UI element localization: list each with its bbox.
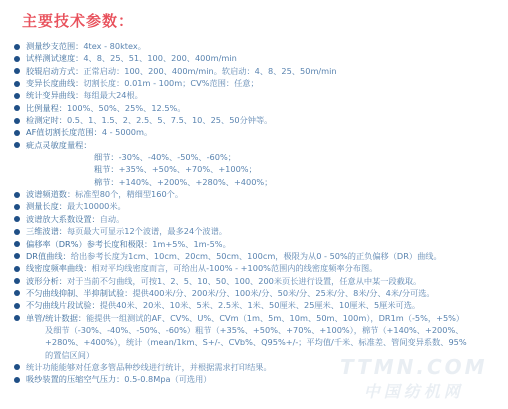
watermark: TTMN.COM 中国纺机网 bbox=[340, 355, 488, 402]
spec-continuation: +280%、+400%），统计（mean/1km、S+/-、CVb%、Q95%+… bbox=[12, 336, 502, 348]
spec-label: 不匀曲线片段试验： bbox=[26, 300, 100, 310]
spec-value: 4 - 5000m。 bbox=[102, 127, 152, 137]
spec-item: DR值曲线：给出参考长度为1cm、10cm、20cm、50cm、100cm，极限… bbox=[12, 250, 502, 262]
spec-subitem: 粗节：+35%、+50%、+70%、+100%； bbox=[12, 163, 502, 175]
bullet-icon bbox=[14, 266, 20, 272]
spec-item: 试样测试速度：4、8、25、51、100、200、400m/min bbox=[12, 52, 502, 64]
bullet-icon bbox=[14, 130, 20, 136]
spec-label: 三维波谱： bbox=[26, 226, 67, 236]
spec-value: 给出参考长度为1cm、10cm、20cm、50cm、100cm，极限为从0 - … bbox=[71, 251, 442, 261]
bullet-icon bbox=[14, 44, 20, 50]
bullet-icon bbox=[14, 377, 20, 383]
bullet-icon bbox=[14, 303, 20, 309]
spec-label: DR值曲线： bbox=[26, 251, 71, 261]
bullet-icon bbox=[14, 118, 20, 124]
spec-list: 测量纱支范围：4tex - 80ktex。试样测试速度：4、8、25、51、10… bbox=[12, 40, 502, 386]
spec-label: 粗节： bbox=[94, 164, 119, 174]
spec-label: 不匀曲线抑制、半抑制试验： bbox=[26, 288, 132, 298]
spec-item: 偏移率（DR%）参考长度和极限：1m+5%、1m-5%。 bbox=[12, 238, 502, 250]
spec-value: 切割长度：0.01m - 100m；CV%范围：任意； bbox=[83, 78, 258, 88]
bullet-icon bbox=[14, 68, 20, 74]
spec-label: 胶辊启动方式： bbox=[26, 66, 83, 76]
spec-label: 细节： bbox=[94, 152, 119, 162]
spec-value: 0.5、1、1.5、2、2.5、5、7.5、10、25、50分钟等。 bbox=[67, 115, 272, 125]
bullet-icon bbox=[14, 216, 20, 222]
spec-value: 正常启动：100、200、400m/min。软启动：4、8、25、50m/min bbox=[83, 66, 336, 76]
spec-label: 单管/统计数据： bbox=[26, 313, 86, 323]
bullet-icon bbox=[14, 56, 20, 62]
spec-value: +140%、+200%、+280%、+400%； bbox=[119, 177, 273, 187]
spec-item: AF值切割长度范围：4 - 5000m。 bbox=[12, 126, 502, 138]
spec-item: 波形分析：对于当前不匀曲线，可按1、2、5、10、50、100、200米页长进行… bbox=[12, 275, 502, 287]
bullet-icon bbox=[14, 93, 20, 99]
spec-label: 偏移率（DR%）参考长度和极限： bbox=[26, 239, 152, 249]
spec-value: +280%、+400%），统计（mean/1km、S+/-、CVb%、Q95%+… bbox=[45, 337, 467, 347]
bullet-icon bbox=[14, 105, 20, 111]
spec-value: 0.5-0.8Mpa（可选用） bbox=[124, 374, 211, 384]
spec-value: 提供400米/分、200米/分、100米/分、50米/分、25米/分、8米/分、… bbox=[132, 288, 434, 298]
spec-label: 试样测试速度： bbox=[26, 53, 83, 63]
spec-value: 每组最大24根。 bbox=[83, 90, 143, 100]
spec-label: 变异长度曲线： bbox=[26, 78, 83, 88]
spec-value: 标准型80个，精细型160个。 bbox=[75, 189, 183, 199]
spec-continuation: 及细节（-30%、-40%、-50%、-60%）粗节（+35%、+50%、+70… bbox=[12, 324, 502, 336]
spec-subitem: 棉节：+140%、+200%、+280%、+400%； bbox=[12, 176, 502, 188]
watermark-line1: TTMN.COM bbox=[340, 355, 488, 379]
spec-item: 线密度频率曲线：相对平均线密度而言，可给出从-100% - +100%范围内的线… bbox=[12, 262, 502, 274]
bullet-icon bbox=[14, 290, 20, 296]
spec-item: 波谱放大系数设置：自动。 bbox=[12, 213, 502, 225]
bullet-icon bbox=[14, 192, 20, 198]
spec-label: 比例量程： bbox=[26, 103, 67, 113]
watermark-line2: 中国纺机网 bbox=[340, 379, 488, 402]
bullet-icon bbox=[14, 142, 20, 148]
spec-value: 能提供一组测试的AF、CV%、U%、CVm（1m、5m、10m、50m、100m… bbox=[86, 313, 464, 323]
spec-value: 及细节（-30%、-40%、-50%、-60%）粗节（+35%、+50%、+70… bbox=[45, 325, 463, 335]
spec-item: 变异长度曲线：切割长度：0.01m - 100m；CV%范围：任意； bbox=[12, 77, 502, 89]
spec-label: 疵点灵敏度量程： bbox=[26, 140, 92, 150]
spec-label: 吸纱装置的压缩空气压力： bbox=[26, 374, 124, 384]
bullet-icon bbox=[14, 241, 20, 247]
bullet-icon bbox=[14, 229, 20, 235]
spec-label: AF值切割长度范围： bbox=[26, 127, 102, 137]
bullet-icon bbox=[14, 204, 20, 210]
spec-label: 棉节： bbox=[94, 177, 119, 187]
spec-item: 比例量程：100%、50%、25%、12.5%。 bbox=[12, 102, 502, 114]
spec-label: 统计变异曲线： bbox=[26, 90, 83, 100]
bullet-icon bbox=[14, 315, 20, 321]
spec-value: 对于当前不匀曲线，可按1、2、5、10、50、100、200米页长进行设置，任意… bbox=[67, 276, 421, 286]
spec-subitem: 细节：-30%、-40%、-50%、-60%； bbox=[12, 151, 502, 163]
spec-label: 波谱频道数： bbox=[26, 189, 75, 199]
spec-label: 检测定时： bbox=[26, 115, 67, 125]
spec-value: 相对平均线密度而言，可给出从-100% - +100%范围内的线密度频率分布图。 bbox=[92, 263, 378, 273]
spec-item: 单管/统计数据：能提供一组测试的AF、CV%、U%、CVm（1m、5m、10m、… bbox=[12, 312, 502, 324]
section-title: 主要技术参数： bbox=[22, 10, 134, 31]
bullet-icon bbox=[14, 364, 20, 370]
spec-label: 线密度频率曲线： bbox=[26, 263, 92, 273]
spec-item: 不匀曲线片段试验：提供40米、20米、10米、5米、2.5米、1米、50厘米、2… bbox=[12, 299, 502, 311]
bullet-icon bbox=[14, 81, 20, 87]
bullet-icon bbox=[14, 278, 20, 284]
spec-item: 胶辊启动方式：正常启动：100、200、400m/min。软启动：4、8、25、… bbox=[12, 65, 502, 77]
spec-label: 测量长度： bbox=[26, 201, 67, 211]
spec-value: 每页最大可显示12个波谱，最多24个波谱。 bbox=[67, 226, 227, 236]
spec-value: 4、8、25、51、100、200、400m/min bbox=[83, 53, 236, 63]
spec-value: 统计功能能够对任意多管品种纱线进行统计，并根据需求打印结果。 bbox=[26, 362, 272, 372]
spec-item: 三维波谱：每页最大可显示12个波谱，最多24个波谱。 bbox=[12, 225, 502, 237]
spec-item: 测量长度：最大10000米。 bbox=[12, 200, 502, 212]
spec-value: 的置信区间） bbox=[45, 350, 94, 360]
spec-item: 测量纱支范围：4tex - 80ktex。 bbox=[12, 40, 502, 52]
spec-value: 提供40米、20米、10米、5米、2.5米、1米、50厘米、25厘米、10厘米、… bbox=[100, 300, 420, 310]
spec-value: 1m+5%、1m-5%。 bbox=[152, 239, 231, 249]
spec-value: 最大10000米。 bbox=[67, 201, 126, 211]
spec-item: 检测定时：0.5、1、1.5、2、2.5、5、7.5、10、25、50分钟等。 bbox=[12, 114, 502, 126]
spec-label: 测量纱支范围： bbox=[26, 41, 83, 51]
spec-item: 波谱频道数：标准型80个，精细型160个。 bbox=[12, 188, 502, 200]
bullet-icon bbox=[14, 253, 20, 259]
spec-value: +35%、+50%、+70%、+100%； bbox=[119, 164, 257, 174]
spec-value: 自动。 bbox=[100, 214, 125, 224]
spec-value: 4tex - 80ktex。 bbox=[83, 41, 146, 51]
spec-label: 波谱放大系数设置： bbox=[26, 214, 100, 224]
spec-label: 波形分析： bbox=[26, 276, 67, 286]
spec-item: 疵点灵敏度量程： bbox=[12, 139, 502, 151]
spec-item: 统计变异曲线：每组最大24根。 bbox=[12, 89, 502, 101]
spec-value: 100%、50%、25%、12.5%。 bbox=[67, 103, 186, 113]
spec-value: -30%、-40%、-50%、-60%； bbox=[119, 152, 236, 162]
spec-item: 不匀曲线抑制、半抑制试验：提供400米/分、200米/分、100米/分、50米/… bbox=[12, 287, 502, 299]
